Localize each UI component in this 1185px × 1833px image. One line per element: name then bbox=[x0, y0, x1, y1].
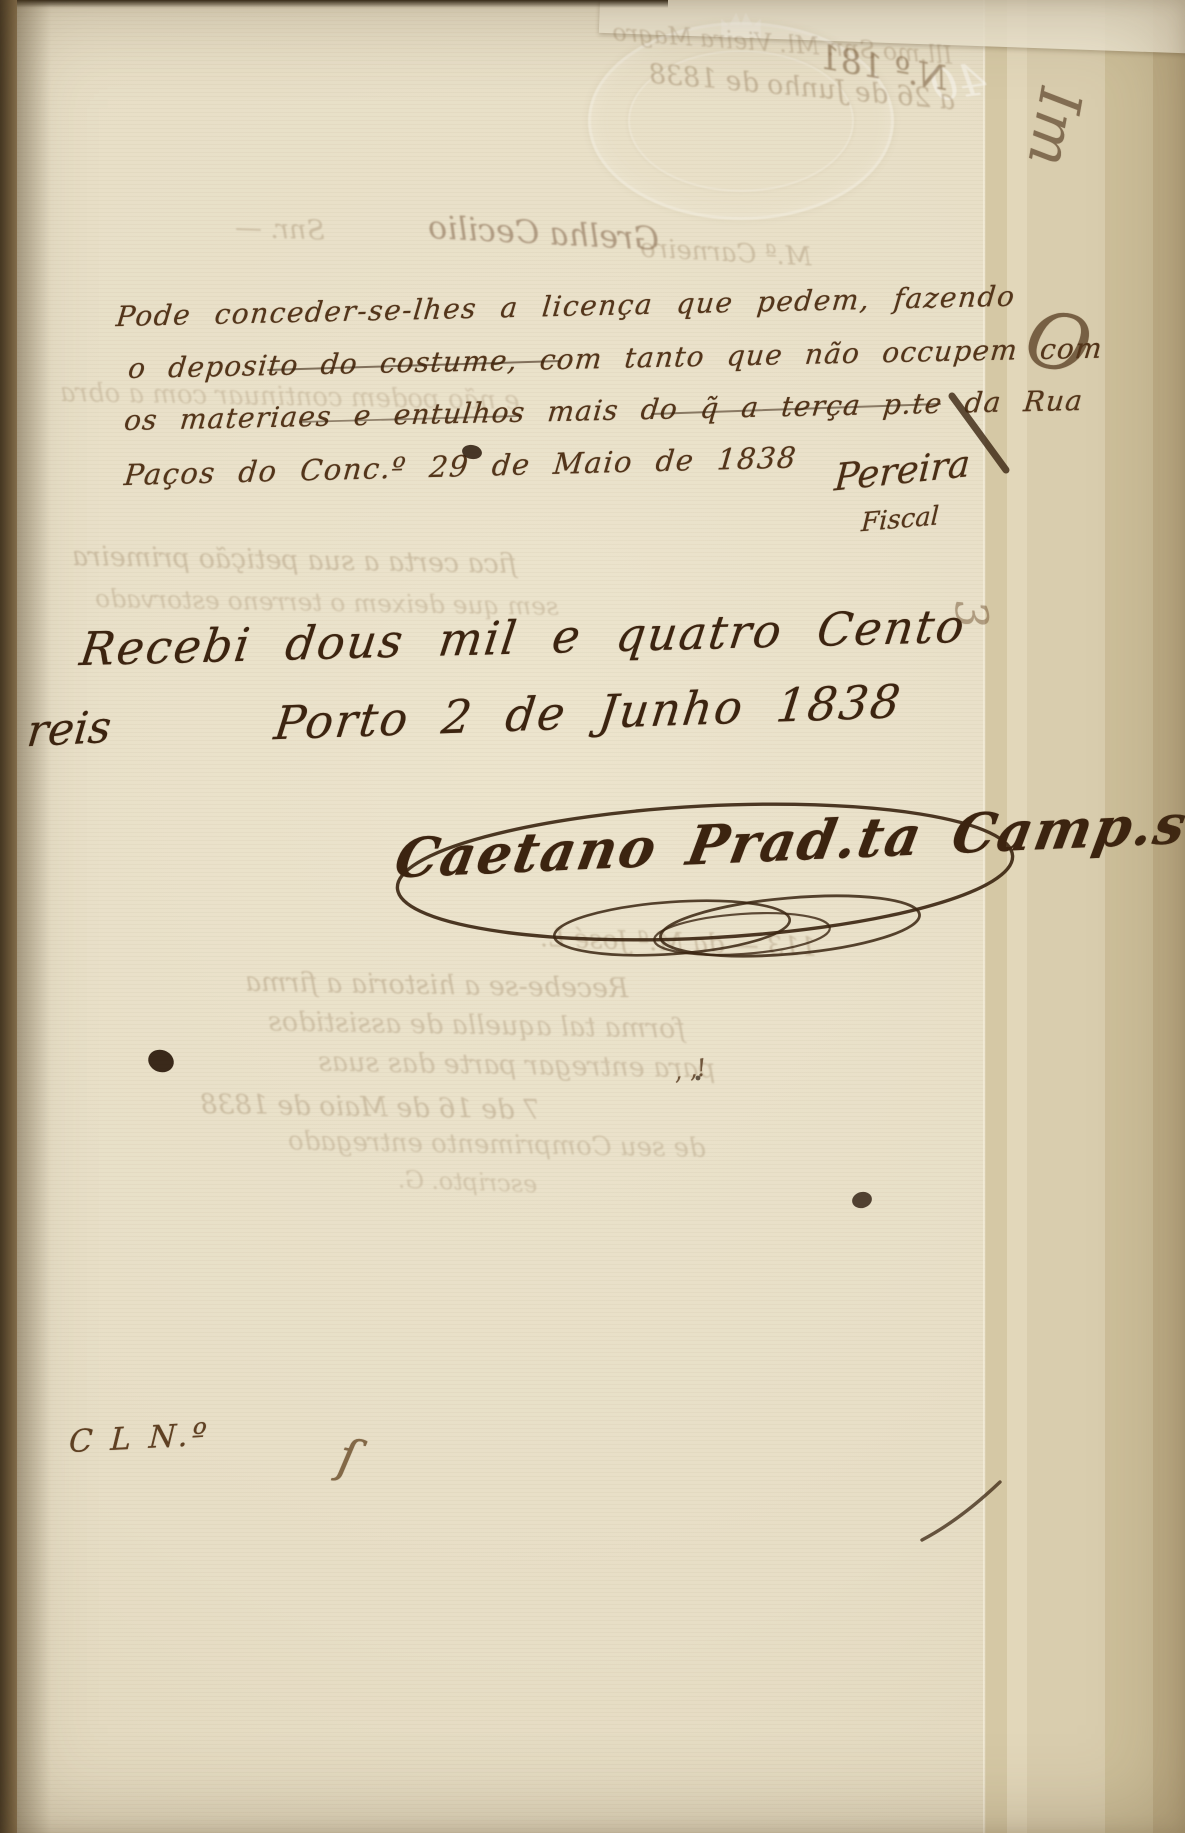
receipt-currency: reis bbox=[25, 702, 114, 758]
bleedthrough-line: fica certa a sua petição primeira bbox=[72, 541, 517, 580]
receipt-place-date: Porto 2 de Junho 1838 bbox=[271, 674, 905, 750]
bleedthrough-line: Snr. — bbox=[234, 212, 325, 246]
annotation-line: o deposito do costume, com tanto que não… bbox=[127, 332, 1105, 385]
bleedthrough-line: 113 — da M.ª José L. bbox=[540, 923, 818, 963]
page-edge-highlight bbox=[983, 0, 986, 1833]
bleedthrough-line: para entregar parte das suas bbox=[318, 1047, 716, 1085]
bleedthrough-line: forma tal aquella de assistidos bbox=[268, 1006, 686, 1044]
manuscript-page: 40 Ill.mo Snr. Ml. Vieira Magro a 26 de … bbox=[0, 0, 1185, 1833]
bleedthrough-line: de seu Comprimento entregado bbox=[288, 1126, 706, 1163]
binding-shadow bbox=[17, 0, 51, 1833]
bleedthrough-line: escripto. G. bbox=[398, 1166, 538, 1199]
stacked-page-edges bbox=[985, 0, 1185, 1833]
page-top-edge bbox=[0, 0, 668, 8]
bleedthrough-line: Recebe-se a historia a firma bbox=[245, 967, 629, 1005]
bleedthrough-line: Grelha Cecilio bbox=[427, 208, 660, 258]
tiny-ink-mark: , ,! bbox=[672, 1053, 708, 1085]
bottom-flourish-mark: ſ bbox=[333, 1428, 362, 1486]
margin-fragment: Im bbox=[1015, 83, 1095, 172]
binding-edge bbox=[0, 0, 17, 1833]
annotation-line: Pode conceder-se-lhes a licença que pede… bbox=[115, 280, 1017, 333]
fiscal-title: Fiscal bbox=[860, 501, 939, 538]
bottom-left-shelfmark: C L N.º bbox=[68, 1417, 211, 1461]
annotation-dateline: Paços do Conc.º 29 de Maio de 1838 bbox=[123, 440, 799, 492]
bleedthrough-line: M.ª Carneiro bbox=[639, 234, 812, 273]
bleedthrough-line: 7 de 16 de Maio de 1838 bbox=[200, 1089, 541, 1126]
fiscal-signature: Pereira bbox=[833, 442, 972, 500]
